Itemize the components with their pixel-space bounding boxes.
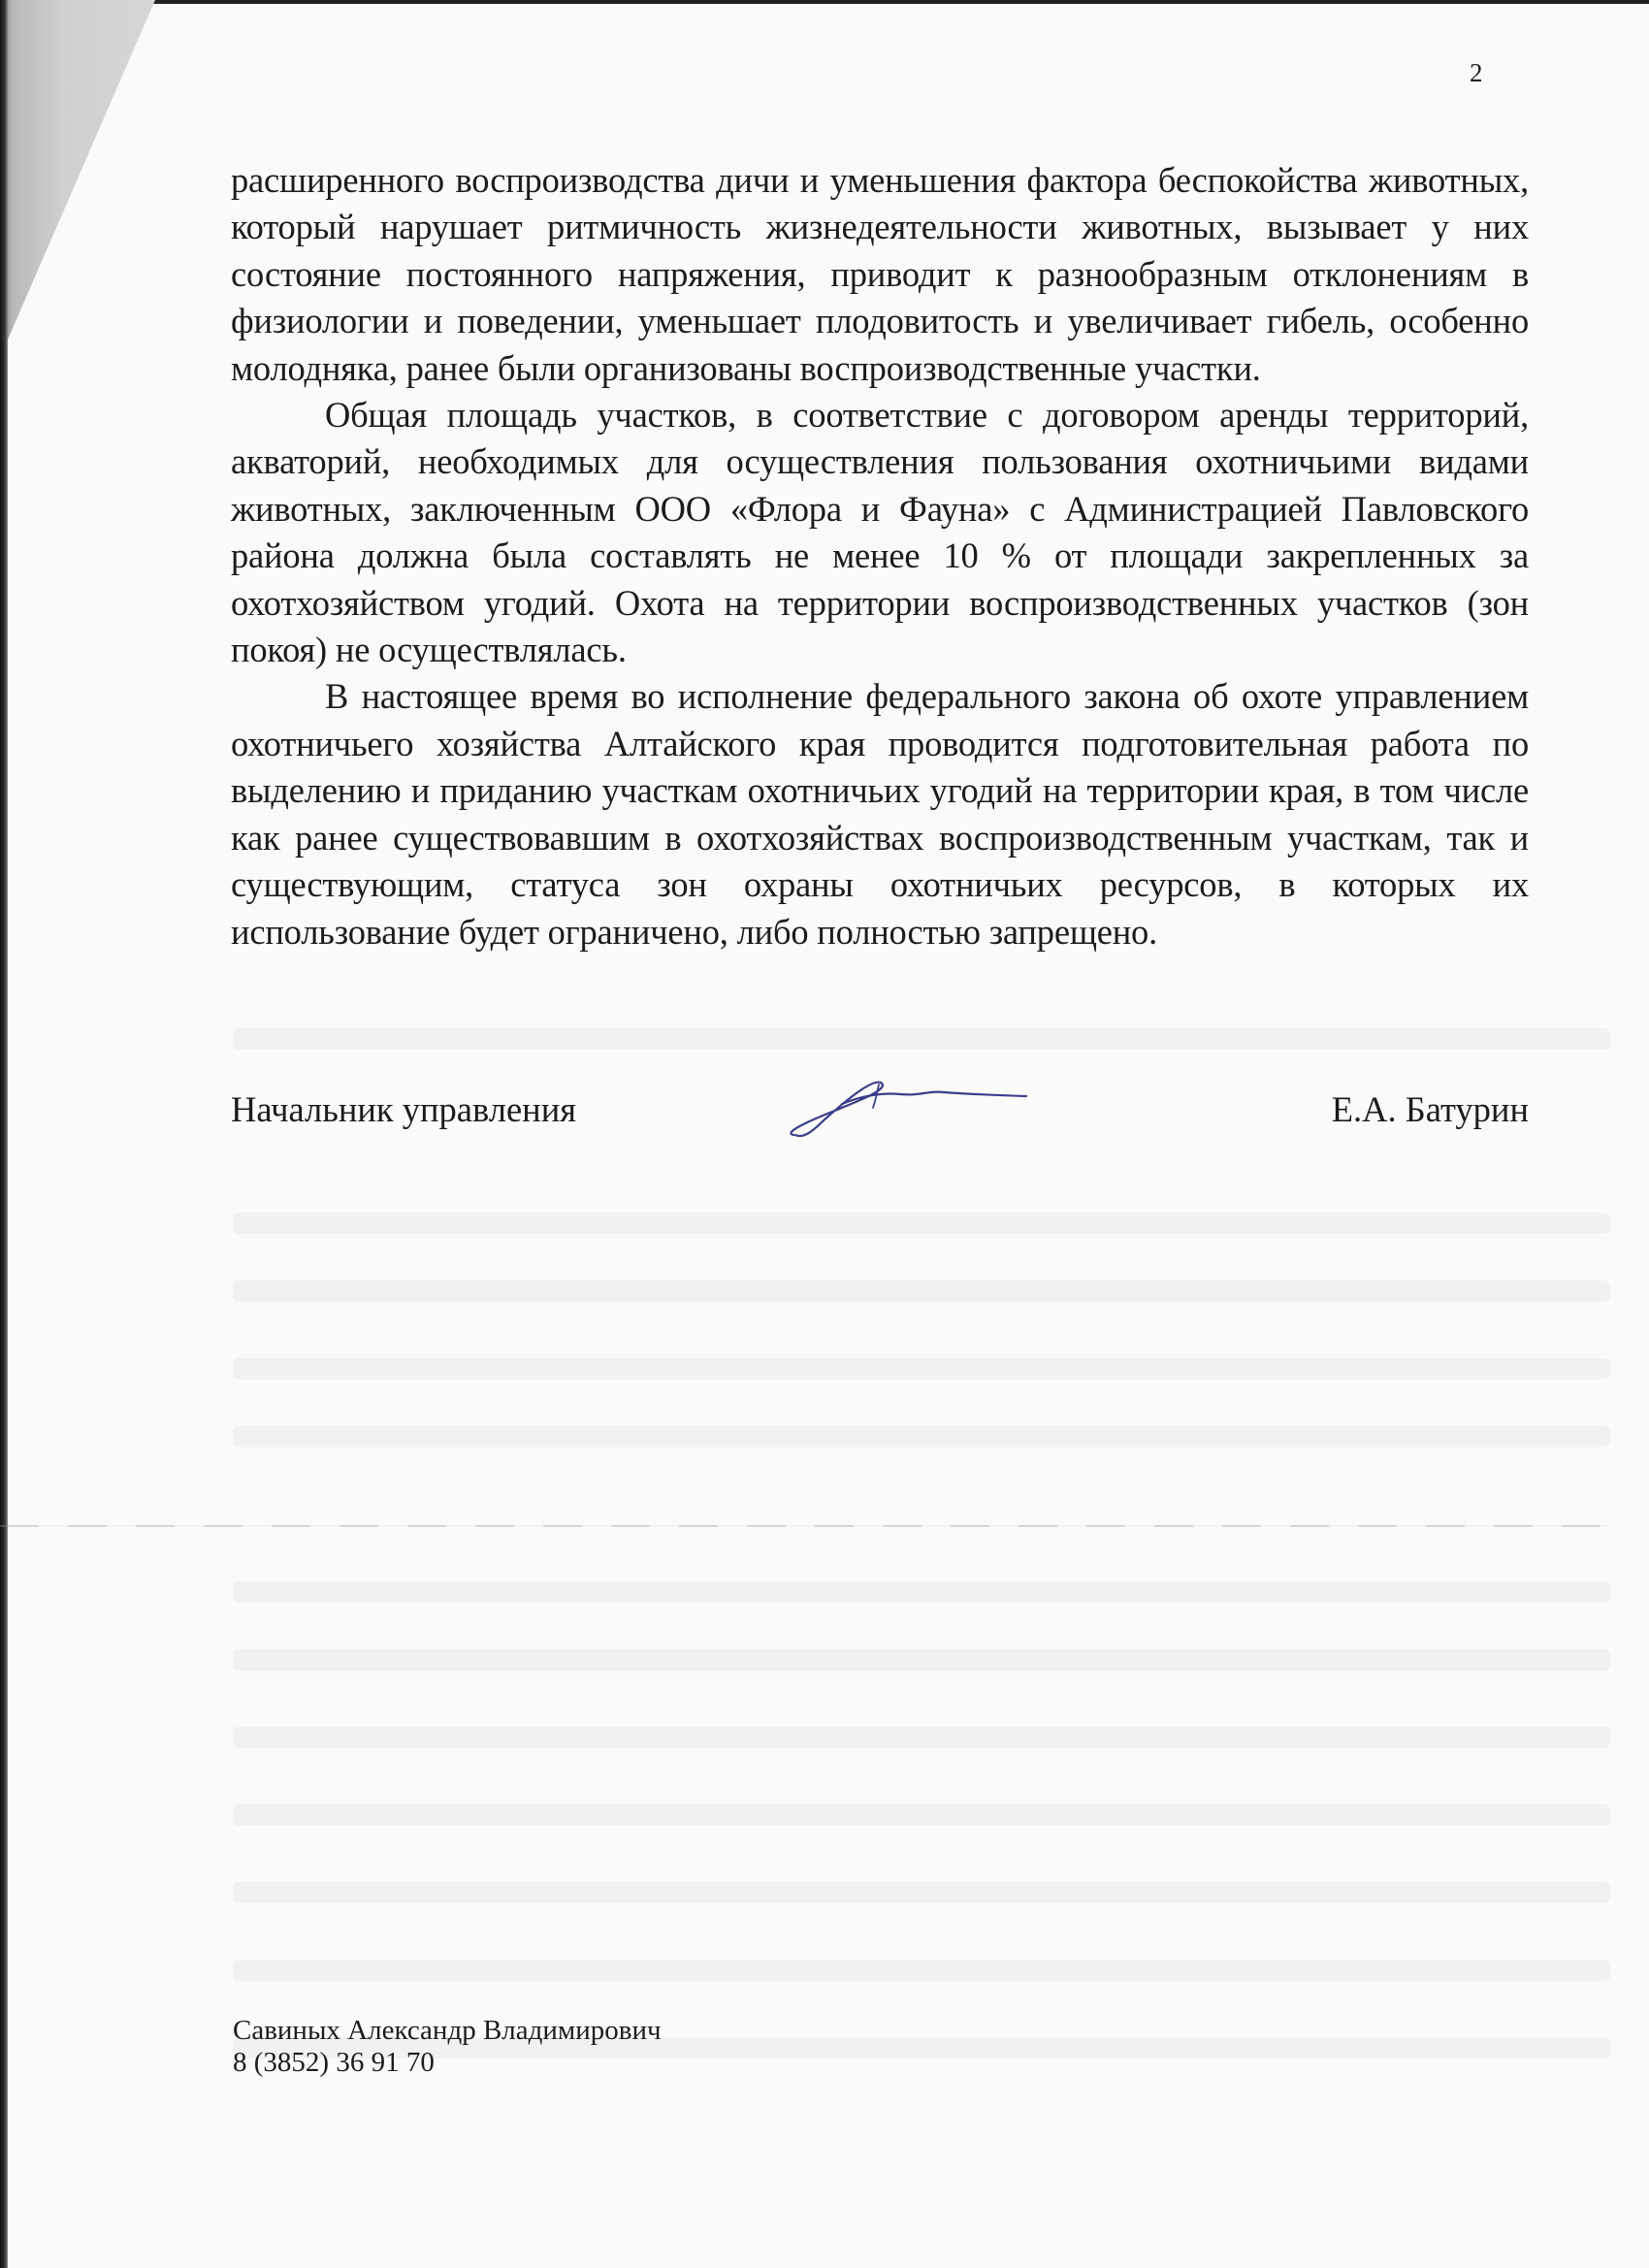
executor-name: Савиных Александр Владимирович <box>233 2015 662 2047</box>
bleed-through <box>233 1581 1610 1603</box>
signatory-position: Начальник управления <box>231 1088 576 1130</box>
paragraph-1: расширенного воспроизводства дичи и умен… <box>231 157 1529 392</box>
bleed-through <box>233 1213 1610 1234</box>
bleed-through <box>233 1426 1610 1447</box>
bleed-through <box>233 1280 1610 1302</box>
executor-phone: 8 (3852) 36 91 70 <box>233 2047 662 2079</box>
signatory-name: Е.А. Батурин <box>1332 1088 1529 1130</box>
paragraph-3: В настоящее время во исполнение федераль… <box>231 673 1529 955</box>
scanned-document-page: 2 расширенного воспроизводства дичи и ум… <box>0 0 1649 2268</box>
letter-body: расширенного воспроизводства дичи и умен… <box>231 157 1529 956</box>
bleed-through <box>233 1727 1610 1748</box>
folded-corner <box>0 0 155 340</box>
bleed-through <box>233 1960 1610 1981</box>
signature-block: Начальник управления Е.А. Батурин <box>231 1088 1529 1147</box>
paragraph-2: Общая площадь участков, в соответствие с… <box>231 392 1529 673</box>
bleed-through <box>233 1804 1610 1826</box>
bleed-through <box>233 1649 1610 1670</box>
handwritten-signature-icon <box>774 1075 1065 1143</box>
scan-top-edge <box>0 0 1649 4</box>
bleed-through <box>233 1028 1610 1050</box>
bleed-through <box>233 1882 1610 1903</box>
paper-fold-line <box>0 1525 1610 1527</box>
scan-left-edge <box>0 0 8 2268</box>
page-number: 2 <box>1470 58 1483 88</box>
executor-info: Савиных Александр Владимирович 8 (3852) … <box>233 2015 662 2079</box>
bleed-through <box>233 1358 1610 1379</box>
